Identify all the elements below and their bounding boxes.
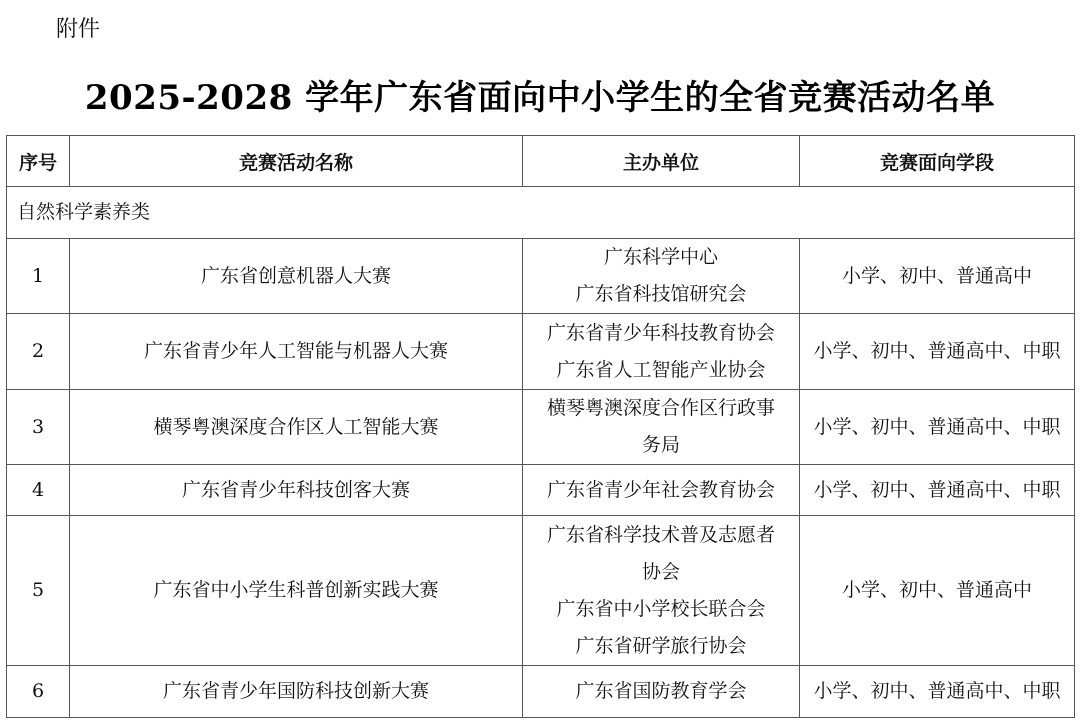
row-organizers: 广东省青少年科技教育协会 广东省人工智能产业协会 (523, 314, 800, 390)
header-stage: 竞赛面向学段 (800, 136, 1075, 187)
organizer-line: 协会 (523, 554, 799, 591)
row-name: 广东省青少年科技创客大赛 (70, 465, 523, 516)
organizer-line: 广东省科技馆研究会 (523, 276, 799, 313)
row-organizers: 广东省科学技术普及志愿者 协会 广东省中小学校长联合会 广东省研学旅行协会 (523, 516, 800, 666)
row-organizers: 广东省国防教育学会 (523, 666, 800, 718)
organizer-line: 务局 (523, 427, 799, 464)
table-row: 4 广东省青少年科技创客大赛 广东省青少年社会教育协会 小学、初中、普通高中、中… (7, 465, 1075, 516)
table-row: 5 广东省中小学生科普创新实践大赛 广东省科学技术普及志愿者 协会 广东省中小学… (7, 516, 1075, 666)
table-row: 2 广东省青少年人工智能与机器人大赛 广东省青少年科技教育协会 广东省人工智能产… (7, 314, 1075, 390)
row-stages: 小学、初中、普通高中、中职 (800, 666, 1075, 718)
row-name: 横琴粤澳深度合作区人工智能大赛 (70, 390, 523, 465)
table-header-row: 序号 竞赛活动名称 主办单位 竞赛面向学段 (7, 136, 1075, 187)
row-name: 广东省创意机器人大赛 (70, 239, 523, 314)
header-name: 竞赛活动名称 (70, 136, 523, 187)
organizer-line: 广东省研学旅行协会 (523, 628, 799, 665)
row-stages: 小学、初中、普通高中 (800, 516, 1075, 666)
row-stages: 小学、初中、普通高中、中职 (800, 314, 1075, 390)
header-no: 序号 (7, 136, 70, 187)
organizer-line: 广东省国防教育学会 (523, 673, 799, 710)
row-stages: 小学、初中、普通高中、中职 (800, 465, 1075, 516)
row-stages: 小学、初中、普通高中、中职 (800, 390, 1075, 465)
row-no: 2 (7, 314, 70, 390)
page-title: 2025-2028 学年广东省面向中小学生的全省竞赛活动名单 (0, 70, 1080, 119)
organizer-line: 广东省中小学校长联合会 (523, 591, 799, 628)
row-no: 1 (7, 239, 70, 314)
table-row: 6 广东省青少年国防科技创新大赛 广东省国防教育学会 小学、初中、普通高中、中职 (7, 666, 1075, 718)
organizer-line: 横琴粤澳深度合作区行政事 (523, 390, 799, 427)
table-row: 1 广东省创意机器人大赛 广东科学中心 广东省科技馆研究会 小学、初中、普通高中 (7, 239, 1075, 314)
table-row: 3 横琴粤澳深度合作区人工智能大赛 横琴粤澳深度合作区行政事 务局 小学、初中、… (7, 390, 1075, 465)
row-no: 6 (7, 666, 70, 718)
category-row: 自然科学素养类 (7, 187, 1075, 239)
organizer-line: 广东省人工智能产业协会 (523, 352, 799, 389)
row-name: 广东省青少年国防科技创新大赛 (70, 666, 523, 718)
row-no: 3 (7, 390, 70, 465)
organizer-line: 广东省青少年社会教育协会 (523, 472, 799, 509)
attachment-label: 附件 (56, 12, 100, 43)
row-organizers: 广东科学中心 广东省科技馆研究会 (523, 239, 800, 314)
header-organizer: 主办单位 (523, 136, 800, 187)
row-no: 4 (7, 465, 70, 516)
organizer-line: 广东省青少年科技教育协会 (523, 315, 799, 352)
row-organizers: 横琴粤澳深度合作区行政事 务局 (523, 390, 800, 465)
row-name: 广东省中小学生科普创新实践大赛 (70, 516, 523, 666)
organizer-line: 广东省科学技术普及志愿者 (523, 517, 799, 554)
row-name: 广东省青少年人工智能与机器人大赛 (70, 314, 523, 390)
category-label: 自然科学素养类 (7, 187, 1075, 239)
row-no: 5 (7, 516, 70, 666)
competition-table: 序号 竞赛活动名称 主办单位 竞赛面向学段 自然科学素养类 1 广东省创意机器人… (6, 135, 1075, 718)
row-stages: 小学、初中、普通高中 (800, 239, 1075, 314)
row-organizers: 广东省青少年社会教育协会 (523, 465, 800, 516)
organizer-line: 广东科学中心 (523, 239, 799, 276)
